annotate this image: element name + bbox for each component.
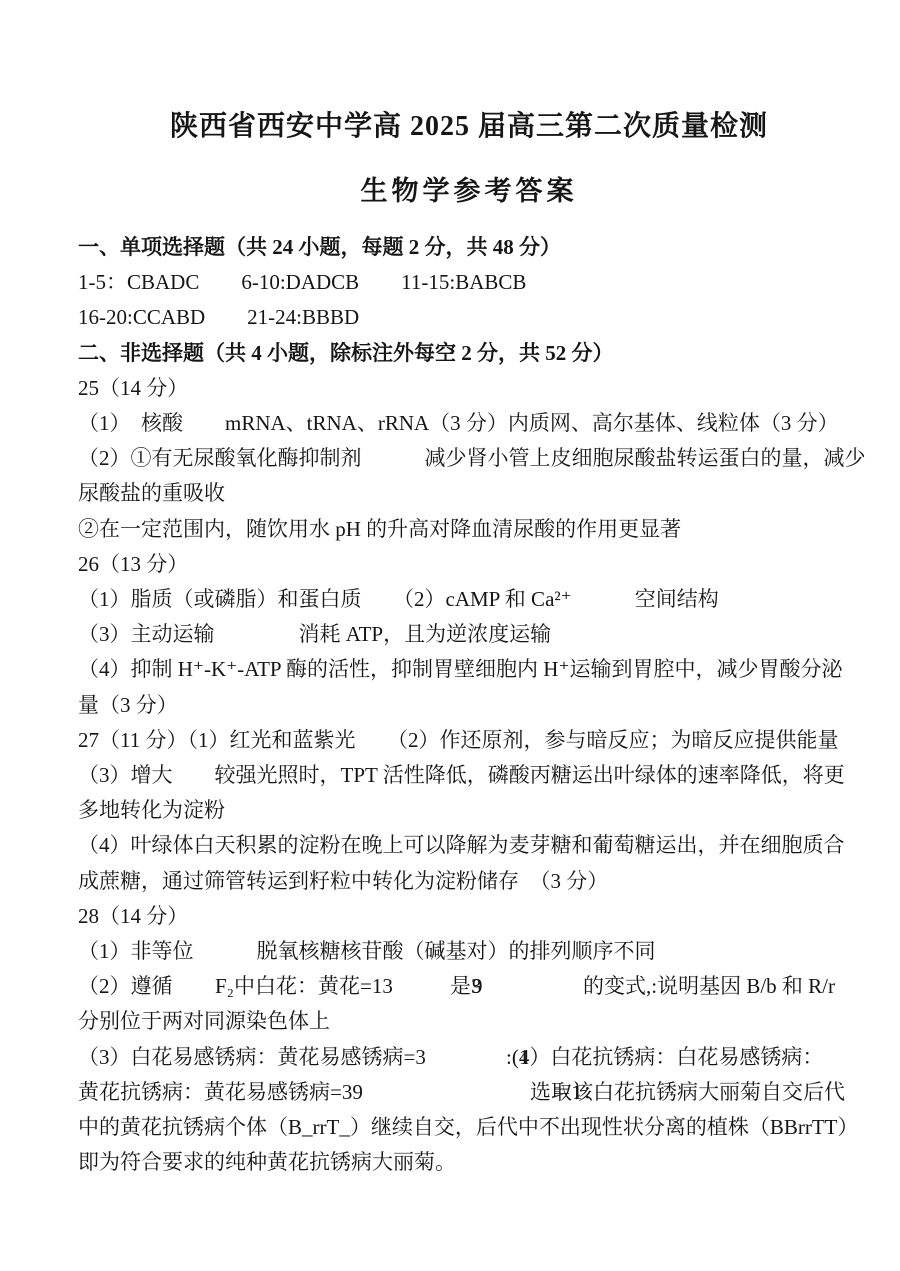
q28-header: 28（14 分） xyxy=(78,899,860,934)
q25-answer-1: （1） 核酸 mRNA、tRNA、rRNA（3 分）内质网、高尔基体、线粒体（3… xyxy=(78,406,860,441)
doc-title: 陕西省西安中学高 2025 届高三第二次质量检测 xyxy=(78,108,860,146)
section1-heading: 一、单项选择题（共 24 小题，每题 2 分，共 48 分） xyxy=(78,230,860,265)
q28-answer-2-overlap-top: 9 xyxy=(472,969,483,1004)
q26-answer-1-2: （1）脂质（或磷脂）和蛋白质 （2）cAMP 和 Ca²⁺ 空间结构 xyxy=(78,582,860,617)
q25-answer-2-cont: 尿酸盐的重吸收 xyxy=(78,476,860,511)
q27-answer-4: （4）叶绿体白天积累的淀粉在晚上可以降解为麦芽糖和葡萄糖运出，并在细胞质合 xyxy=(78,828,860,863)
q28-answer-4-end: 即为符合要求的纯种黄花抗锈病大丽菊。 xyxy=(78,1145,860,1180)
q28-answer-4-left: 黄花抗锈病：黄花易感锈病=39 xyxy=(78,1080,363,1104)
q28-answer-1: （1）非等位 脱氧核糖核苷酸（碱基对）的排列顺序不同 xyxy=(78,934,860,969)
q26-answer-4: （4）抑制 H⁺-K⁺-ATP 酶的活性，抑制胃壁细胞内 H⁺运输到胃腔中，减少… xyxy=(78,652,860,687)
q28-answer-2-ratio: F₂中白花：黄花=13 xyxy=(215,969,393,1004)
q28-answer-2-cont: 分别位于两对同源染色体上 xyxy=(78,1004,860,1039)
mcq-answers-row-1: 1-5：CBADC 6-10:DADCB 11-15:BABCB xyxy=(78,265,860,300)
q27-header-answer-1-2: 27（11 分）（1）红光和蓝紫光 （2）作还原剂，参与暗反应；为暗反应提供能量 xyxy=(78,723,860,758)
q25-answer-2: （2）①有无尿酸氧化酶抑制剂 减少肾小管上皮细胞尿酸盐转运蛋白的量，减少 xyxy=(78,441,860,476)
q26-answer-4-cont: 量（3 分） xyxy=(78,688,860,723)
q27-answer-4-cont: 成蔗糖，通过筛管转运到籽粒中转化为淀粉储存 （3 分） xyxy=(78,864,860,899)
q28-answer-2-label: （2）遵循 xyxy=(78,974,173,998)
answer-sheet-page: 陕西省西安中学高 2025 届高三第二次质量检测 生物学参考答案 一、单项选择题… xyxy=(0,0,900,1271)
q27-answer-3: （3）增大 较强光照时，TPT 活性降低，磷酸丙糖运出叶绿体的速率降低，将更 xyxy=(78,758,860,793)
q28-answer-4-right-base: :(4）白花抗锈病：白花易感锈病： xyxy=(506,1045,823,1069)
doc-subtitle: 生物学参考答案 xyxy=(78,174,860,208)
q28-answer-4-cont2: 中的黄花抗锈病个体（B_rrT_）继续自交，后代中不出现性状分离的植株（BBrr… xyxy=(78,1110,860,1145)
q28-answer-4-cont: 黄花抗锈病：黄花易感锈病=39 选取该白花抗锈病大丽菊自交后代＝1： xyxy=(78,1075,860,1110)
q26-answer-3: （3）主动运输 消耗 ATP，且为逆浓度运输 xyxy=(78,617,860,652)
mcq-answers-row-2: 16-20:CCABD 21-24:BBBD xyxy=(78,300,860,335)
q28-answer-4-select-group: 选取该白花抗锈病大丽菊自交后代＝1： xyxy=(530,1075,845,1110)
q28-answer-4-right-overlay: 1 xyxy=(519,1040,530,1075)
q28-answer-4-right-group: :(4）白花抗锈病：白花易感锈病：1 xyxy=(506,1040,823,1075)
q28-answer-2-overlap-group: 是39 xyxy=(450,969,482,1004)
q26-header: 26（13 分） xyxy=(78,547,860,582)
q28-answer-3-4: （3）白花易感锈病：黄花易感锈病=3 :(4）白花抗锈病：白花易感锈病：1 xyxy=(78,1040,860,1075)
q25-header: 25（14 分） xyxy=(78,371,860,406)
q27-answer-3-cont: 多地转化为淀粉 xyxy=(78,793,860,828)
q28-answer-3-left: （3）白花易感锈病：黄花易感锈病=3 xyxy=(78,1045,426,1069)
q28-answer-2-explain: 的变式,:说明基因 B/b 和 R/r xyxy=(583,969,835,1004)
q28-answer-2: （2）遵循 F₂中白花：黄花=13 是39 的变式,:说明基因 B/b 和 R/… xyxy=(78,969,860,1004)
q25-answer-2-item2: ②在一定范围内，随饮用水 pH 的升高对降血清尿酸的作用更显著 xyxy=(78,512,860,547)
q28-answer-4-select-overlay: ＝1： xyxy=(551,1075,604,1110)
section2-heading: 二、非选择题（共 4 小题，除标注外每空 2 分，共 52 分） xyxy=(78,336,860,371)
